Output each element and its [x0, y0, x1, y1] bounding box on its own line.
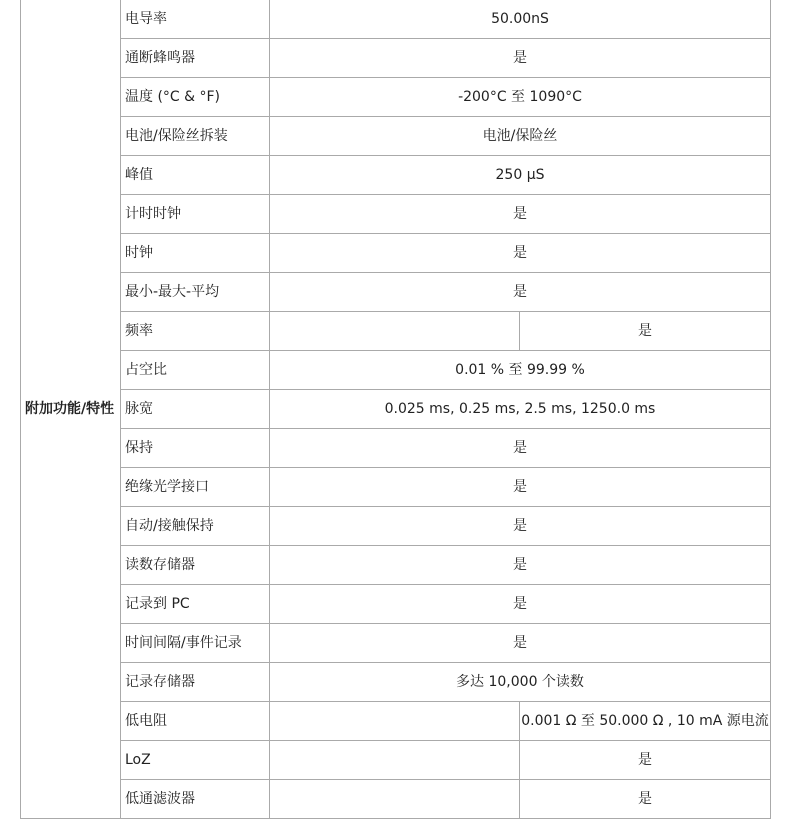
row-value: 电池/保险丝 — [270, 117, 771, 156]
table-row: 时间间隔/事件记录 是 — [21, 624, 771, 663]
table-row: 占空比 0.01 % 至 99.99 % — [21, 351, 771, 390]
row-value-left — [270, 312, 520, 351]
row-label: 时间间隔/事件记录 — [121, 624, 270, 663]
row-value: 是 — [270, 507, 771, 546]
table-row: 低电阻 0.001 Ω 至 50.000 Ω , 10 mA 源电流 — [21, 702, 771, 741]
row-value: 是 — [520, 312, 771, 351]
table-row: 频率 是 — [21, 312, 771, 351]
row-value: 0.001 Ω 至 50.000 Ω , 10 mA 源电流 — [520, 702, 771, 741]
row-value: -200°C 至 1090°C — [270, 78, 771, 117]
table-row: 附加功能/特性 电导率 50.00nS — [21, 0, 771, 39]
spec-table: 附加功能/特性 电导率 50.00nS 通断蜂鸣器 是 温度 (°C & °F)… — [20, 0, 771, 819]
table-row: 记录存储器 多达 10,000 个读数 — [21, 663, 771, 702]
row-value: 是 — [270, 429, 771, 468]
row-value: 0.025 ms, 0.25 ms, 2.5 ms, 1250.0 ms — [270, 390, 771, 429]
row-value: 多达 10,000 个读数 — [270, 663, 771, 702]
table-row: 读数存储器 是 — [21, 546, 771, 585]
row-label: 电池/保险丝拆装 — [121, 117, 270, 156]
table-row: 最小-最大-平均 是 — [21, 273, 771, 312]
row-label: 记录存储器 — [121, 663, 270, 702]
row-value: 250 µS — [270, 156, 771, 195]
row-value: 是 — [270, 546, 771, 585]
row-value-left — [270, 741, 520, 780]
row-value: 是 — [520, 741, 771, 780]
row-label: 绝缘光学接口 — [121, 468, 270, 507]
row-value-left — [270, 780, 520, 819]
table-row: 记录到 PC 是 — [21, 585, 771, 624]
row-value: 是 — [520, 780, 771, 819]
row-label: 记录到 PC — [121, 585, 270, 624]
table-row: 通断蜂鸣器 是 — [21, 39, 771, 78]
table-row: 低通滤波器 是 — [21, 780, 771, 819]
table-row: 保持 是 — [21, 429, 771, 468]
row-label: 自动/接触保持 — [121, 507, 270, 546]
row-value: 是 — [270, 273, 771, 312]
row-label: 时钟 — [121, 234, 270, 273]
table-row: 计时时钟 是 — [21, 195, 771, 234]
row-label: 电导率 — [121, 0, 270, 39]
table-row: 温度 (°C & °F) -200°C 至 1090°C — [21, 78, 771, 117]
table-row: 脉宽 0.025 ms, 0.25 ms, 2.5 ms, 1250.0 ms — [21, 390, 771, 429]
row-label: 温度 (°C & °F) — [121, 78, 270, 117]
row-value: 50.00nS — [270, 0, 771, 39]
row-label: 低通滤波器 — [121, 780, 270, 819]
row-value-left — [270, 702, 520, 741]
row-label: 脉宽 — [121, 390, 270, 429]
row-label: 通断蜂鸣器 — [121, 39, 270, 78]
row-label: 计时时钟 — [121, 195, 270, 234]
table-row: 峰值 250 µS — [21, 156, 771, 195]
row-label: 频率 — [121, 312, 270, 351]
group-label: 附加功能/特性 — [21, 0, 121, 819]
row-label: 读数存储器 — [121, 546, 270, 585]
row-value: 是 — [270, 624, 771, 663]
table-row: 绝缘光学接口 是 — [21, 468, 771, 507]
table-row: 自动/接触保持 是 — [21, 507, 771, 546]
row-value: 是 — [270, 234, 771, 273]
row-value: 是 — [270, 468, 771, 507]
row-value: 0.01 % 至 99.99 % — [270, 351, 771, 390]
row-label: 保持 — [121, 429, 270, 468]
table-row: 时钟 是 — [21, 234, 771, 273]
row-label: 峰值 — [121, 156, 270, 195]
row-label: 占空比 — [121, 351, 270, 390]
row-label: 最小-最大-平均 — [121, 273, 270, 312]
table-row: LoZ 是 — [21, 741, 771, 780]
table-row: 电池/保险丝拆装 电池/保险丝 — [21, 117, 771, 156]
row-label: 低电阻 — [121, 702, 270, 741]
row-label: LoZ — [121, 741, 270, 780]
row-value: 是 — [270, 195, 771, 234]
row-value: 是 — [270, 39, 771, 78]
row-value: 是 — [270, 585, 771, 624]
